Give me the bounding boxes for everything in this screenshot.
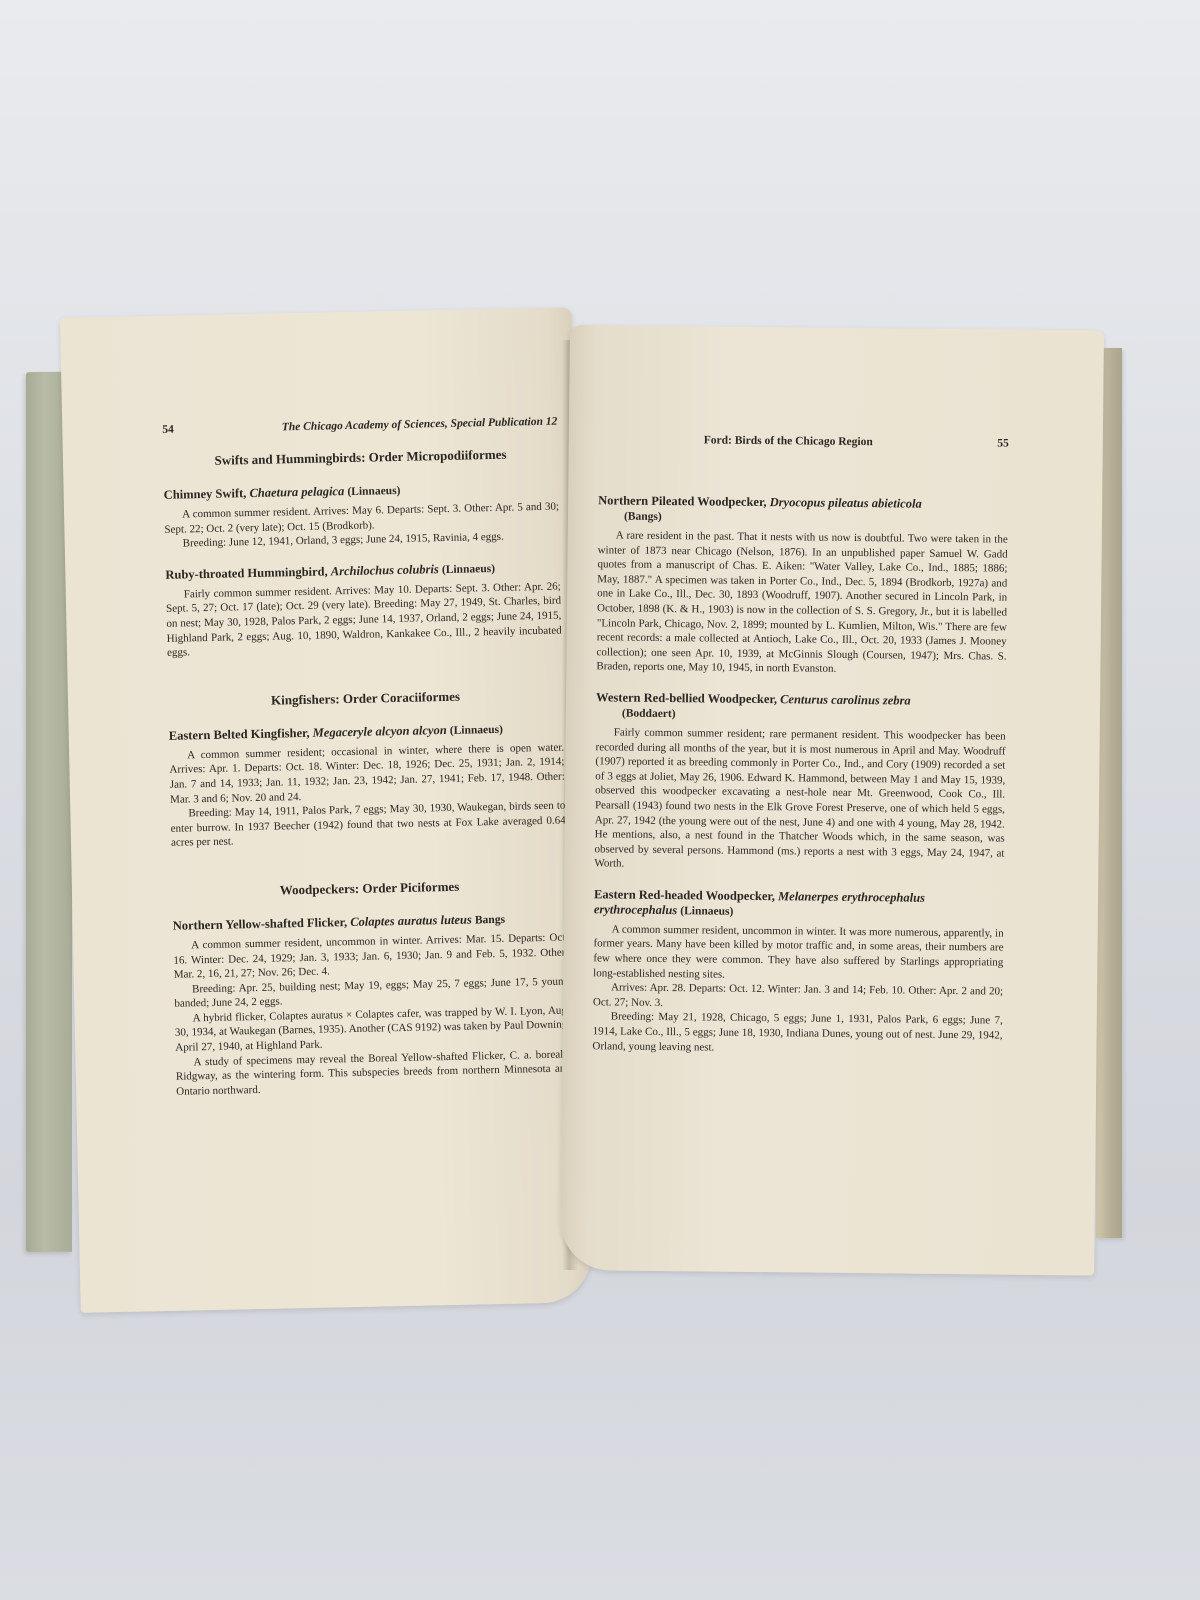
left-page: 54 The Chicago Academy of Sciences, Spec…	[60, 307, 593, 1313]
common-name: Western Red-bellied Woodpecker,	[596, 690, 777, 706]
scientific-name: Chaetura pelagica	[249, 484, 344, 500]
species-paragraph: A rare resident in the past. That it nes…	[596, 528, 1008, 678]
species-heading: Western Red-bellied Woodpecker, Centurus…	[596, 690, 1006, 725]
right-page-content: Ford: Birds of the Chicago Region 55 Nor…	[592, 433, 1008, 1057]
common-name: Eastern Red-headed Woodpecker,	[594, 887, 775, 903]
order-heading: Kingfishers: Order Coraciiformes	[168, 686, 563, 710]
species-paragraph: Breeding: May 21, 1928, Chicago, 5 eggs;…	[592, 1010, 1002, 1058]
scientific-name: Centurus carolinus zebra	[780, 692, 911, 707]
species-author: (Linnaeus)	[347, 485, 400, 498]
page-number: 55	[997, 437, 1009, 449]
left-page-content: 54 The Chicago Academy of Sciences, Spec…	[162, 416, 571, 1100]
running-head-title: Ford: Birds of the Chicago Region	[704, 434, 873, 448]
running-head-title: The Chicago Academy of Sciences, Special…	[282, 416, 558, 434]
scientific-name: Archilochus colubris	[331, 562, 439, 578]
left-running-head: 54 The Chicago Academy of Sciences, Spec…	[162, 416, 557, 436]
right-page: Ford: Birds of the Chicago Region 55 Nor…	[560, 325, 1104, 1276]
common-name: Chimney Swift,	[164, 486, 247, 502]
species-paragraph: A common summer resident; occasional in …	[169, 740, 565, 807]
species-author: Bangs	[475, 914, 505, 927]
order-heading: Woodpeckers: Order Piciformes	[172, 876, 567, 900]
species-paragraph: Arrives: Apr. 28. Departs: Oct. 12. Wint…	[593, 981, 1003, 1014]
common-name: Ruby-throated Hummingbird,	[165, 564, 328, 581]
right-running-head: Ford: Birds of the Chicago Region 55	[599, 433, 1009, 449]
species-paragraph: Fairly common summer resident. Arrives: …	[166, 579, 562, 660]
species-paragraph: Fairly common summer resident; rare perm…	[594, 725, 1006, 875]
scientific-name: Dryocopus pileatus abieticola	[770, 495, 922, 511]
species-author: (Boddaert)	[622, 708, 676, 721]
species-author: (Bangs)	[624, 511, 662, 523]
page-number: 54	[162, 424, 174, 436]
photo-scene: 54 The Chicago Academy of Sciences, Spec…	[0, 0, 1200, 1600]
species-paragraph: A study of specimens may reveal the Bore…	[175, 1047, 571, 1099]
species-heading: Eastern Red-headed Woodpecker, Melanerpe…	[594, 887, 1004, 922]
scientific-name: Colaptes auratus luteus	[350, 912, 472, 929]
species-author: (Linnaeus)	[450, 724, 503, 737]
order-heading: Swifts and Hummingbirds: Order Micropodi…	[163, 446, 558, 470]
species-paragraph: Breeding: May 14, 1911, Palos Park, 7 eg…	[170, 799, 566, 851]
species-author: (Linnaeus)	[442, 563, 495, 576]
species-paragraph: A common summer resident, uncommon in wi…	[593, 922, 1004, 985]
common-name: Northern Pileated Woodpecker,	[598, 493, 767, 509]
scientific-name: Megaceryle alcyon alcyon	[313, 723, 447, 740]
species-author: (Linnaeus)	[680, 905, 733, 918]
common-name: Eastern Belted Kingfisher,	[169, 726, 310, 743]
common-name: Northern Yellow-shafted Flicker,	[173, 915, 348, 933]
species-heading: Northern Pileated Woodpecker, Dryocopus …	[598, 493, 1008, 528]
